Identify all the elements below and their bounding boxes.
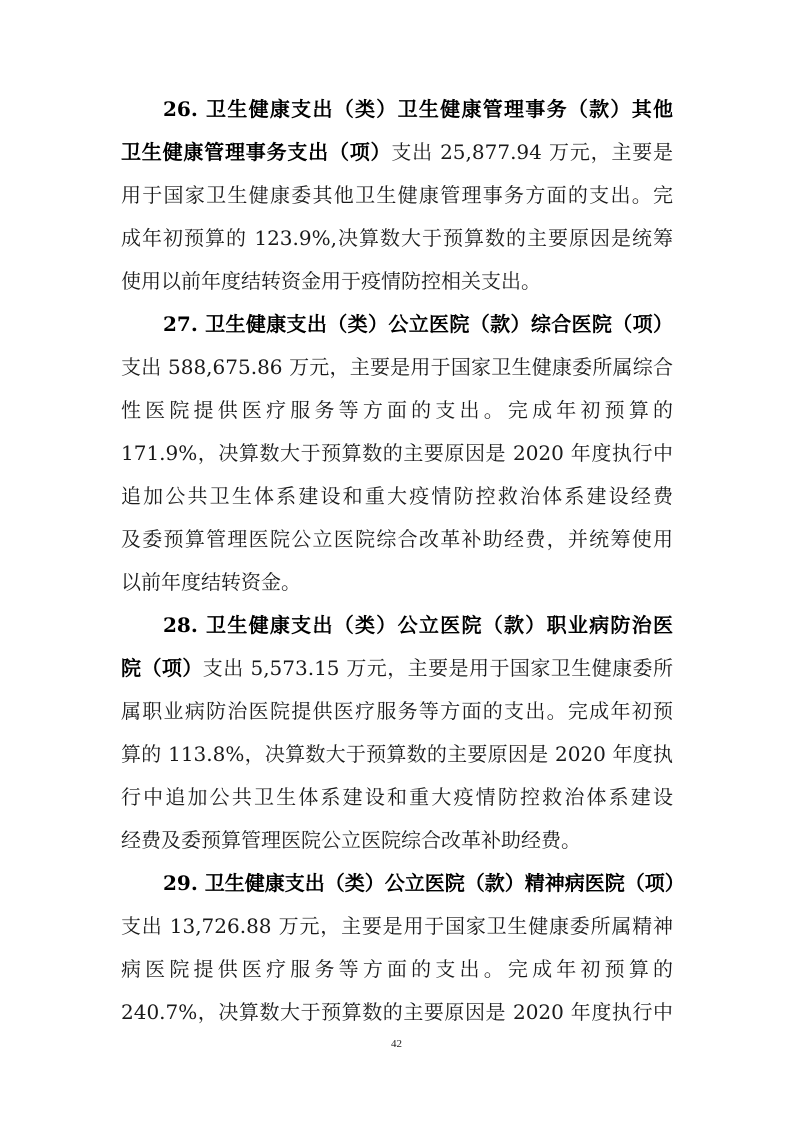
section-26: 26. 卫生健康支出（类）卫生健康管理事务（款）其他 卫生健康管理事务支出（项）… (121, 88, 673, 303)
section-heading: 26. 卫生健康支出（类）卫生健康管理事务（款）其他 (121, 88, 673, 131)
paragraph-line: 算的 113.8%，决算数大于预算数的主要原因是 2020 年度执 (121, 733, 673, 776)
paragraph-line: 171.9%，决算数大于预算数的主要原因是 2020 年度执行中 (121, 432, 673, 475)
paragraph-line: 及委预算管理医院公立医院综合改革补助经费，并统筹使用 (121, 518, 673, 561)
paragraph-line: 使用以前年度结转资金用于疫情防控相关支出。 (121, 260, 673, 303)
section-27: 27. 卫生健康支出（类）公立医院（款）综合医院（项） 支出 588,675.8… (121, 303, 673, 604)
section-29: 29. 卫生健康支出（类）公立医院（款）精神病医院（项） 支出 13,726.8… (121, 862, 673, 1034)
paragraph-line: 属职业病防治医院提供医疗服务等方面的支出。完成年初预 (121, 690, 673, 733)
paragraph-line: 院（项）支出 5,573.15 万元，主要是用于国家卫生健康委所 (121, 647, 673, 690)
paragraph-line: 240.7%，决算数大于预算数的主要原因是 2020 年度执行中 (121, 991, 673, 1034)
paragraph-line: 成年初预算的 123.9%,决算数大于预算数的主要原因是统筹 (121, 217, 673, 260)
document-page: 26. 卫生健康支出（类）卫生健康管理事务（款）其他 卫生健康管理事务支出（项）… (0, 0, 793, 1122)
paragraph-line: 性医院提供医疗服务等方面的支出。完成年初预算的 (121, 389, 673, 432)
section-heading: 27. 卫生健康支出（类）公立医院（款）综合医院（项） (121, 303, 673, 346)
page-number: 42 (0, 1038, 793, 1050)
paragraph-line: 卫生健康管理事务支出（项）支出 25,877.94 万元，主要是 (121, 131, 673, 174)
paragraph-line: 支出 588,675.86 万元，主要是用于国家卫生健康委所属综合 (121, 346, 673, 389)
section-28: 28. 卫生健康支出（类）公立医院（款）职业病防治医 院（项）支出 5,573.… (121, 604, 673, 862)
body-text: 26. 卫生健康支出（类）卫生健康管理事务（款）其他 卫生健康管理事务支出（项）… (121, 88, 673, 1034)
section-heading: 29. 卫生健康支出（类）公立医院（款）精神病医院（项） (121, 862, 673, 905)
paragraph-line: 追加公共卫生体系建设和重大疫情防控救治体系建设经费 (121, 475, 673, 518)
paragraph-line: 用于国家卫生健康委其他卫生健康管理事务方面的支出。完 (121, 174, 673, 217)
section-heading: 28. 卫生健康支出（类）公立医院（款）职业病防治医 (121, 604, 673, 647)
paragraph-line: 行中追加公共卫生体系建设和重大疫情防控救治体系建设 (121, 776, 673, 819)
paragraph-line: 支出 13,726.88 万元，主要是用于国家卫生健康委所属精神 (121, 905, 673, 948)
paragraph-line: 病医院提供医疗服务等方面的支出。完成年初预算的 (121, 948, 673, 991)
paragraph-line: 以前年度结转资金。 (121, 561, 673, 604)
paragraph-line: 经费及委预算管理医院公立医院综合改革补助经费。 (121, 819, 673, 862)
